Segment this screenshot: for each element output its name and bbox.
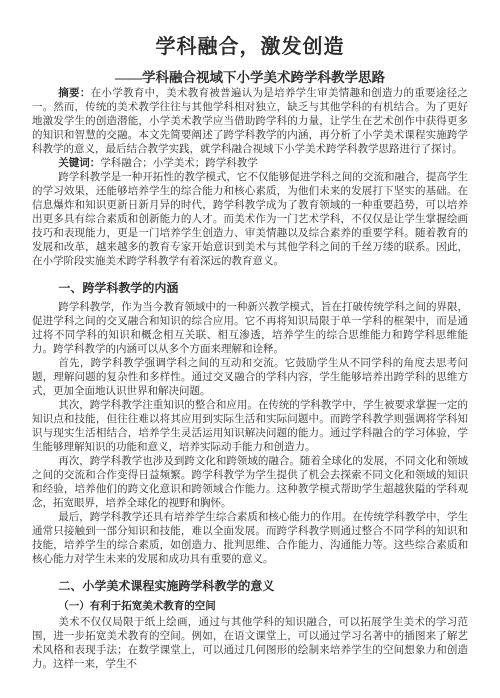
document-page: 学科融合，激发创造 ——学科融合视域下小学美术跨学科教学思路 摘要：在小学教育中… [0, 0, 500, 698]
keywords-text: 学科融合；小学美术；跨学科教学 [100, 158, 258, 169]
section-1-heading: 一、跨学科教学的内涵 [32, 280, 468, 296]
section-1-paragraph-1: 跨学科教学，作为当今教育领域中的一种新兴教学模式，旨在打破传统学科之间的界限，促… [32, 301, 468, 357]
intro-paragraph: 跨学科教学是一种开拓性的教学模式，它不仅能够促进学科之间的交流和融合，提高学生的… [32, 171, 468, 269]
section-1-paragraph-4: 再次，跨学科教学也涉及到跨文化和跨领域的融合。随着全球化的发展，不同文化和领域之… [32, 455, 468, 511]
abstract-paragraph: 摘要：在小学教育中，美术教育被普遍认为是培养学生审美情趣和创造力的重要途径之一。… [32, 87, 468, 157]
keywords-label: 关键词： [58, 158, 100, 169]
page-subtitle: ——学科融合视域下小学美术跨学科教学思路 [32, 69, 468, 87]
abstract-text: 在小学教育中，美术教育被普遍认为是培养学生审美情趣和创造力的重要途径之一。然而，… [32, 88, 468, 155]
page-title: 学科融合，激发创造 [32, 34, 468, 60]
section-1-paragraph-3: 其次，跨学科教学注重知识的整合和应用。在传统的学科教学中，学生被要求掌握一定的知… [32, 399, 468, 455]
abstract-label: 摘要： [58, 88, 90, 99]
section-2-heading: 二、小学美术课程实施跨学科教学的意义 [32, 578, 468, 594]
section-2-1-subheading: （一）有利于拓宽美术教育的空间 [32, 599, 468, 614]
section-1-paragraph-5: 最后，跨学科教学还具有培养学生综合素质和核心能力的作用。在传统学科教学中，学生通… [32, 511, 468, 567]
keywords-line: 关键词：学科融合；小学美术；跨学科教学 [32, 157, 468, 171]
section-1-paragraph-2: 首先，跨学科教学强调学科之间的互动和交流。它鼓励学生从不同学科的角度去思考问题，… [32, 357, 468, 399]
section-2-paragraph-1: 美术不仅仅局限于纸上绘画，通过与其他学科的知识融合，可以拓展学生美术的学习范围，… [32, 616, 468, 672]
